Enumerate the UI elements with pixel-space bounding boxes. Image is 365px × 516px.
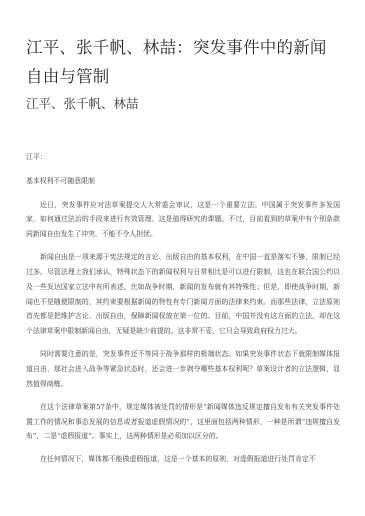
article-authors: 江平、张千帆、林喆 (26, 96, 139, 112)
paragraph: 在任何情况下，媒体都不能做虚假报道，这是一个基本的原则，对虚假报道进行处罚肯定不 (26, 452, 340, 467)
paragraph: 新闻自由是一项来源于宪法规定的言论、出版自由的基本权利，在中国一直是落实不够，限… (26, 250, 340, 339)
article-body: 江平： 基本权利不可随意限制 近日，突发事件应对法草案提交人大常委会审议，这是一… (26, 150, 340, 475)
article-title: 江平、张千帆、林喆：突发事件中的新闻自由与管制 (26, 33, 340, 91)
paragraph: 在这个法律草案第57条中，规定媒体被处罚的情形是“新闻媒体违反规定擅自发布有关突… (26, 400, 340, 444)
section-heading: 基本权利不可随意限制 (26, 174, 340, 189)
speaker-label: 江平： (26, 150, 340, 165)
paragraph: 同时需要注意的是，突发事件还不等同于战争那样的极端状态。如果突发事件状态下就限制… (26, 347, 340, 391)
paragraph: 近日，突发事件应对法草案提交人大常委会审议，这是一个重要立法。中国属于突发事件多… (26, 198, 340, 242)
